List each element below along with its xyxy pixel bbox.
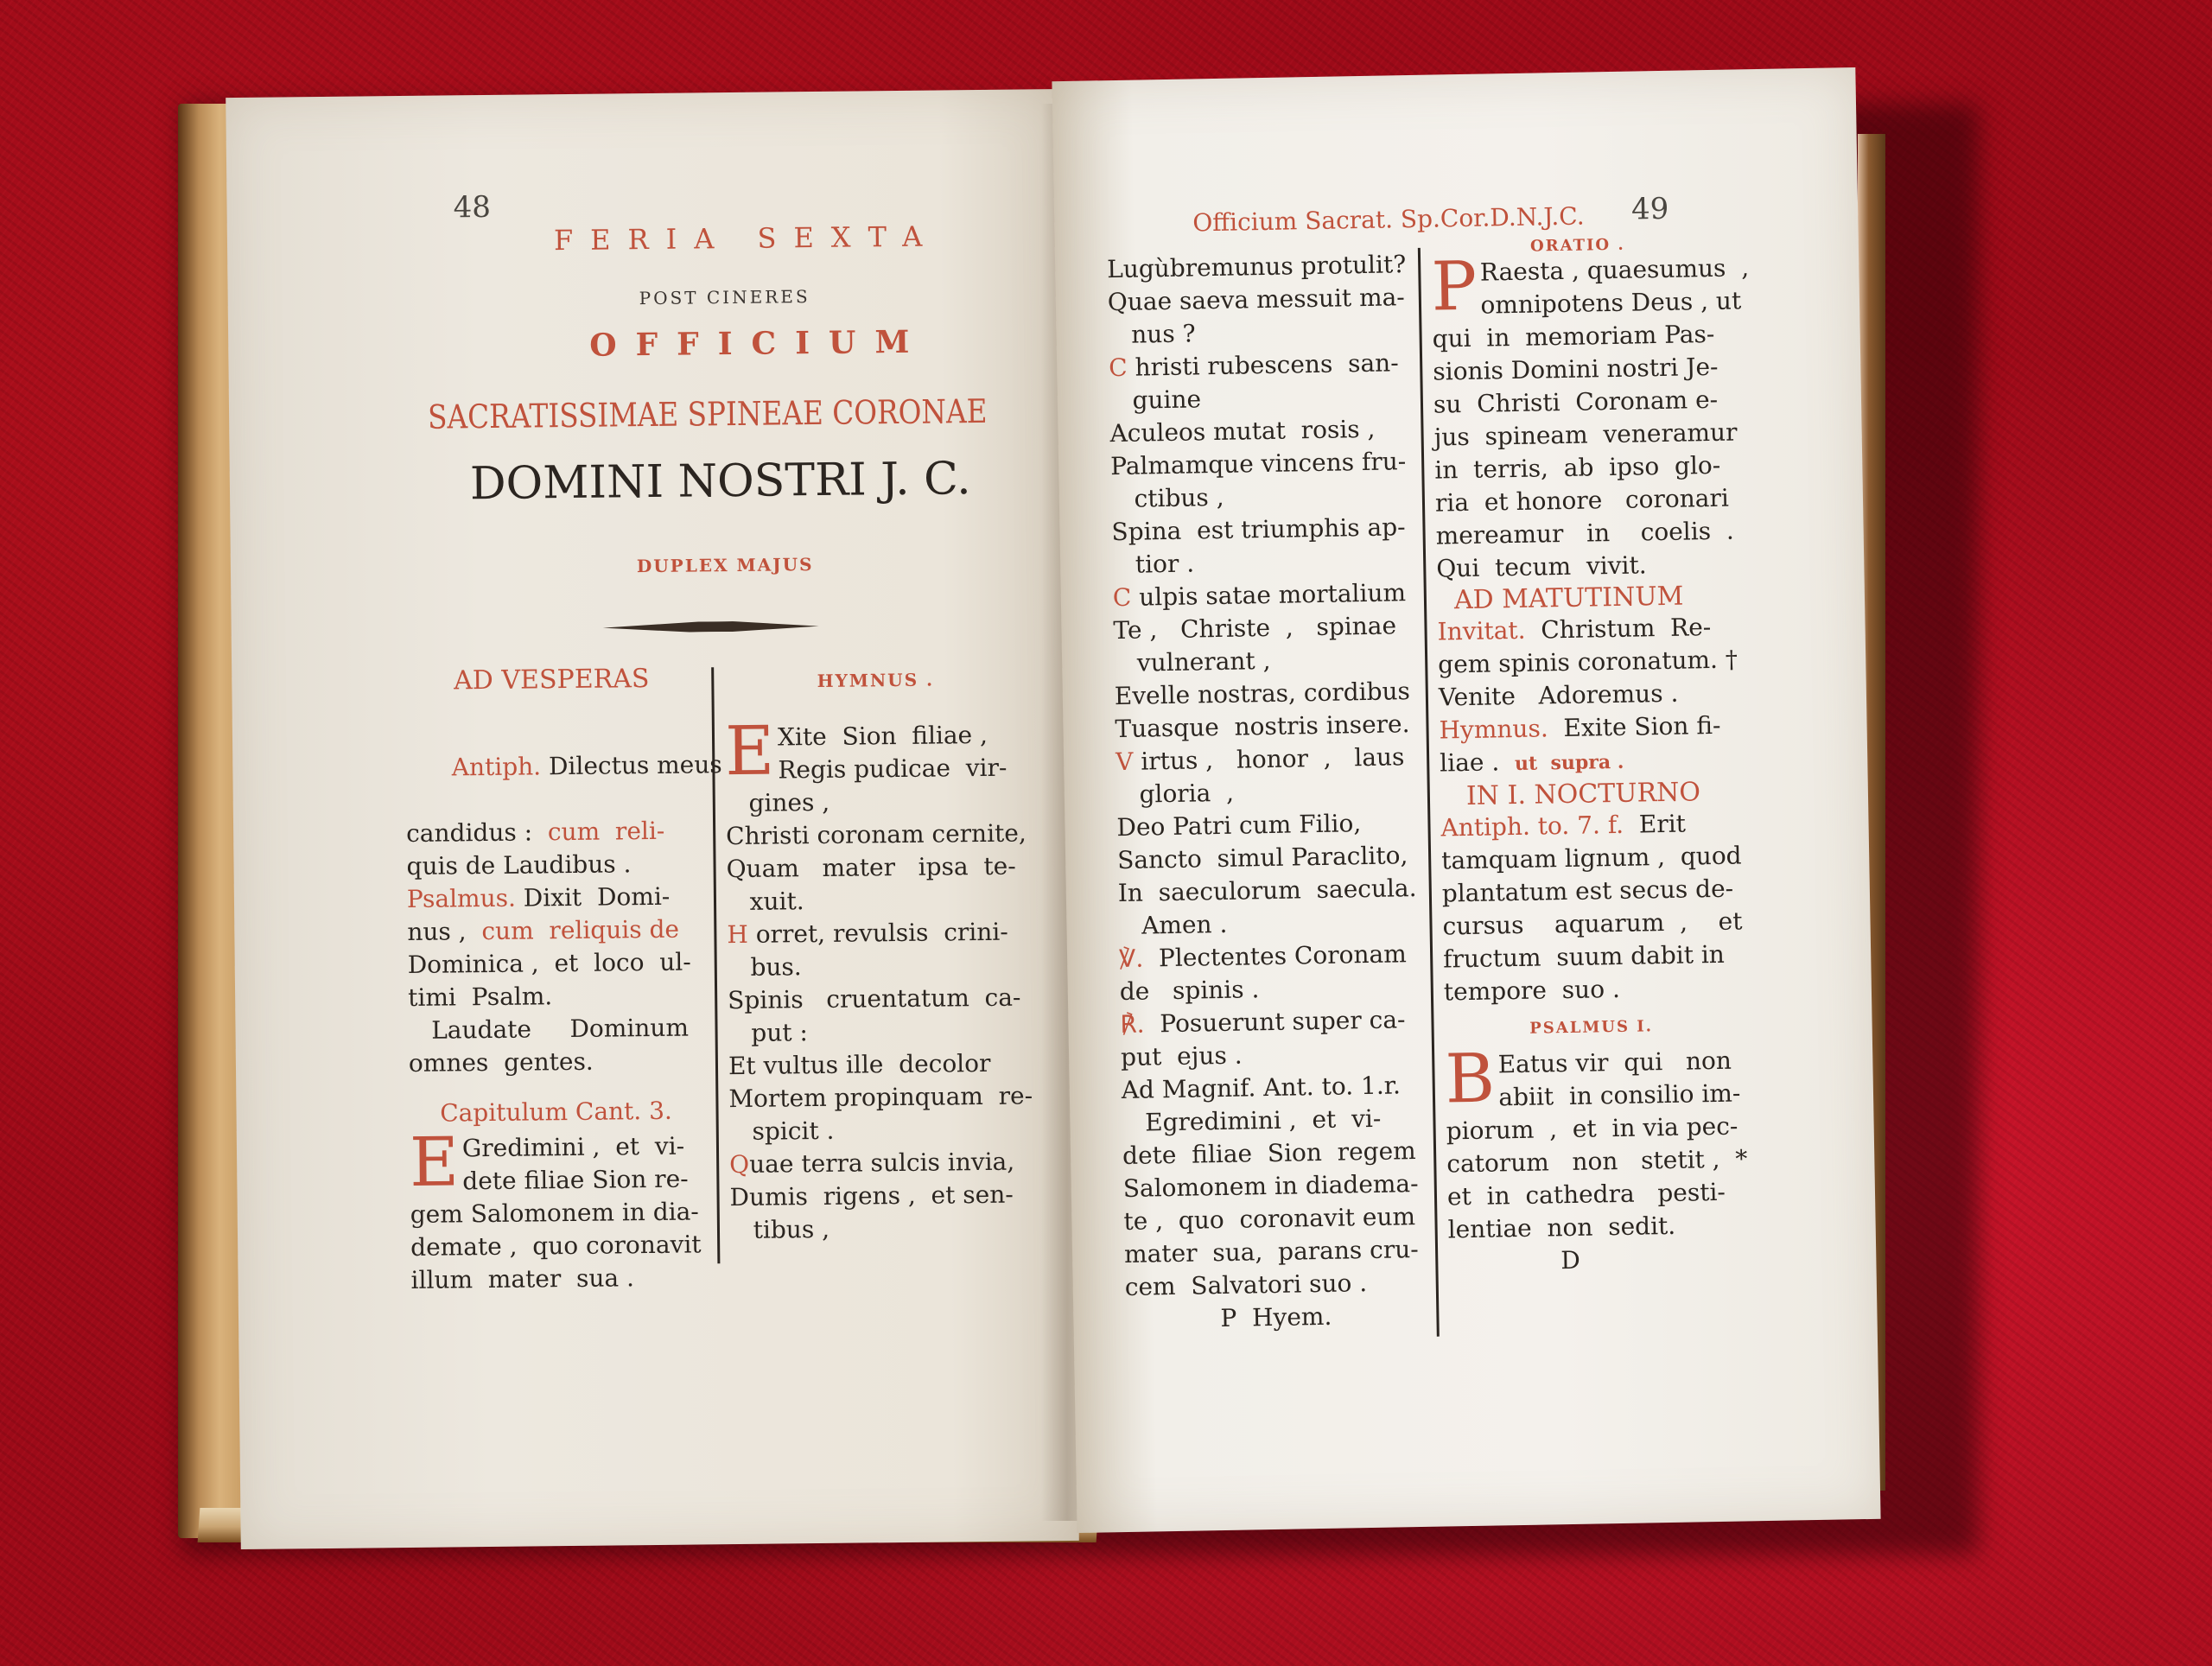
oratio-line: qui in memoriam Pas- [1432,318,1726,356]
rubric-invitat: Invitat. [1437,616,1526,646]
signature-mark: P Hyem. [1125,1299,1428,1337]
hymn-line: guine [1109,379,1413,417]
heading-psalmus-i: PSALMUS I. [1444,1016,1738,1040]
magnificat-line: Salomonem in diadema- [1122,1167,1426,1205]
heading-ad-magnificat: Ad Magnif. Ant. to. 1.r. [1121,1069,1424,1107]
dropcap-b: B [1445,1048,1496,1110]
hymn-line: tior . [1112,544,1415,582]
hymn-line: ctibus , [1111,478,1414,516]
oratio-opening: P Raesta , quaesumus , omnipotens Deus ,… [1431,252,1726,323]
hymn-line: Christi coronam cernite, [726,817,1028,853]
oratio-line: sionis Domini nostri Je- [1433,351,1727,389]
hymn-line: xuit. [727,882,1029,919]
hymn-line: Mortem propinquam re- [728,1079,1031,1116]
hymn-line: gloria , [1116,773,1420,811]
hymn-line: Te , Christe , spinae [1113,609,1416,647]
oratio-line: in terris, ab ipso glo- [1434,449,1729,487]
vesperas-line: omnes gentes. [409,1044,702,1080]
hymn-line: Amen . [1118,905,1421,943]
dropcap-p: P [1431,257,1478,318]
oratio-line: jus spineam veneramur [1433,416,1728,455]
hymn-line: Spinis cruentatum ca- [728,981,1030,1017]
response-line: ℟. Posuerunt super ca- [1120,1003,1423,1041]
hymn-line: Palmamque vincens fru- [1110,445,1414,483]
hymn-line: Quam mater ipsa te- [726,849,1028,886]
hymn-line: spicit . [729,1112,1032,1148]
column-ad-vesperas: AD VESPERAS Antiph. Dilectus meus candid… [404,663,705,1297]
invitatory-line: Venite Adoremus . [1439,677,1733,715]
hymn-opening: E Xite Sion filiae , Regis pudicae vir- [725,718,1028,787]
hymn-line: Sancto simul Paraclito, [1117,839,1421,877]
left-page: 48 FERIA SEXTA POST CINERES OFFICIUM SAC… [226,89,1079,1549]
invitatory-line: gem spinis coronatum. † [1438,644,1732,682]
magnificat-line: te , quo coronavit eum [1123,1200,1427,1238]
vesperas-line: timi Psalm. [408,978,702,1014]
running-head: Officium Sacrat. Sp.Cor.D.N.J.C. [1192,202,1585,238]
hymn-line: nus ? [1108,314,1411,352]
heading-ad-vesperas: AD VESPERAS [404,663,698,696]
hymn-line: Spina est triumphis ap- [1111,511,1414,549]
oratio-line: ria et honore coronari [1435,482,1730,520]
magnificat-line: dete filiae Sion regem [1122,1135,1426,1173]
hymn-line: put : [728,1014,1030,1050]
magnificat-line: cem Salvatori suo . [1124,1266,1427,1304]
response-line: put ejus . [1121,1036,1424,1074]
versicle-line: de spinis . [1119,970,1422,1008]
signature-mark: D [1448,1242,1743,1280]
antiphon-line: plantatum est secus de- [1442,873,1737,911]
oratio-line: mereamur in coelis . [1435,515,1730,553]
capitulum-text: E Gredimini , et vi- dete filiae Sion re… [410,1129,705,1297]
dropcap-e: E [725,722,775,783]
page-number-right: 49 [1631,192,1669,227]
heading-hymnus: HYMNUS . [724,668,1027,692]
dropcap-e: E [410,1132,460,1193]
psalm-line: piorum , et in via pec- [1446,1110,1740,1148]
hymn-line: V irtus , honor , laus [1116,741,1419,779]
magnificat-line: Egredimini , et vi- [1122,1102,1425,1140]
oratio-line: su Christi Coronam e- [1433,384,1728,422]
antiphon-text: Dilectus meus [541,750,722,780]
right-page: Officium Sacrat. Sp.Cor.D.N.J.C. 49 Lugù… [1052,67,1880,1533]
title-sacratissimae: SACRATISSIMAE SPINEAE CORONAE [428,392,988,436]
hymn-line: Deo Patri cum Filio, [1116,806,1420,844]
hymn-line: H orret, revulsis crini- [727,915,1029,951]
hymn-line: Et vultus ille decolor [728,1046,1031,1083]
heading-in-i-nocturno: IN I. NOCTURNO [1440,777,1735,812]
title-post-cineres: POST CINERES [639,286,810,308]
antiphon-line: tamquam lignum , quod [1441,840,1736,878]
hymn-line: C ulpis satae mortalium [1113,576,1416,614]
vesperas-line: quis de Laudibus . [406,847,700,883]
hymn-line: Lugùbremunus protulit? [1107,248,1410,286]
versicle-line: ℣. Plectentes Coronam [1119,938,1422,976]
vesperas-line: Dominica , et loco ul- [408,945,702,982]
psalm-line: lentiae non sedit. [1447,1209,1742,1247]
hymn-line: Aculeos mutat rosis , [1109,412,1413,450]
hymn-line: bus. [728,948,1030,984]
hymn-line: tibus , [730,1211,1033,1247]
antiphon-line: fructum suum dabit in [1443,938,1738,976]
rubric-ut-supra: ut supra . [1515,751,1624,775]
hymn-line: vulnerant , [1114,642,1417,680]
title-feria-sexta: FERIA SEXTA [554,219,940,257]
rubric-antiph-to-7: Antiph. to. 7. f. [1440,811,1624,843]
heading-capitulum: Capitulum Cant. 3. [409,1096,702,1128]
column-oratio: ORATIO . P Raesta , quaesumus , omnipote… [1431,234,1743,1280]
heading-ad-matutinum: AD MATUTINUM [1437,581,1732,616]
hymn-line: Dumis rigens , et sen- [729,1178,1032,1214]
rubric-antiph: Antiph. [452,752,542,781]
title-officium: OFFICIUM [589,324,928,364]
hymn-line: gines , [726,784,1028,820]
magnificat-line: mater sua, parans cru- [1124,1233,1427,1271]
page-number-left: 48 [453,190,491,225]
hymn-line: Quae terra sulcis invia, [729,1145,1032,1181]
vesperas-line: Psalmus. Dixit Domi- [407,880,701,916]
hymn-line: In saeculorum saecula. [1117,872,1421,910]
column-hymnus: HYMNUS . E Xite Sion filiae , Regis pudi… [724,668,1033,1247]
antiphon-line: tempore suo . [1444,971,1738,1009]
title-domini-nostri: DOMINI NOSTRI J. C. [470,453,971,510]
psalm-opening: B Eatus vir qui non abiit in consilio im… [1445,1045,1739,1116]
title-duplex-majus: DUPLEX MAJUS [637,554,814,576]
antiphon-line: cursus aquarum , et [1442,906,1737,944]
hymn-line: Quae saeva messuit ma- [1108,281,1411,319]
hymn-line: Evelle nostras, cordibus [1115,675,1418,713]
oratio-line: Qui tecum vivit. [1436,548,1731,586]
hymn-line: Tuasque nostris insere. [1115,708,1418,746]
hymn-line: C hristi rubescens san- [1109,347,1412,385]
vesperas-line: Laudate Dominum [408,1011,702,1047]
vesperas-line: candidus : cum reli- [406,814,700,850]
rubric-hymnus: Hymnus. [1439,714,1548,744]
vesperas-line: nus , cum reliquis de [407,912,701,949]
column-hymn-continued: Lugùbremunus protulit? Quae saeva messui… [1107,248,1428,1337]
psalm-line: et in cathedra pesti- [1447,1176,1742,1214]
decorative-rule [603,620,819,633]
psalm-line: catorum non stetit , * [1446,1143,1741,1181]
